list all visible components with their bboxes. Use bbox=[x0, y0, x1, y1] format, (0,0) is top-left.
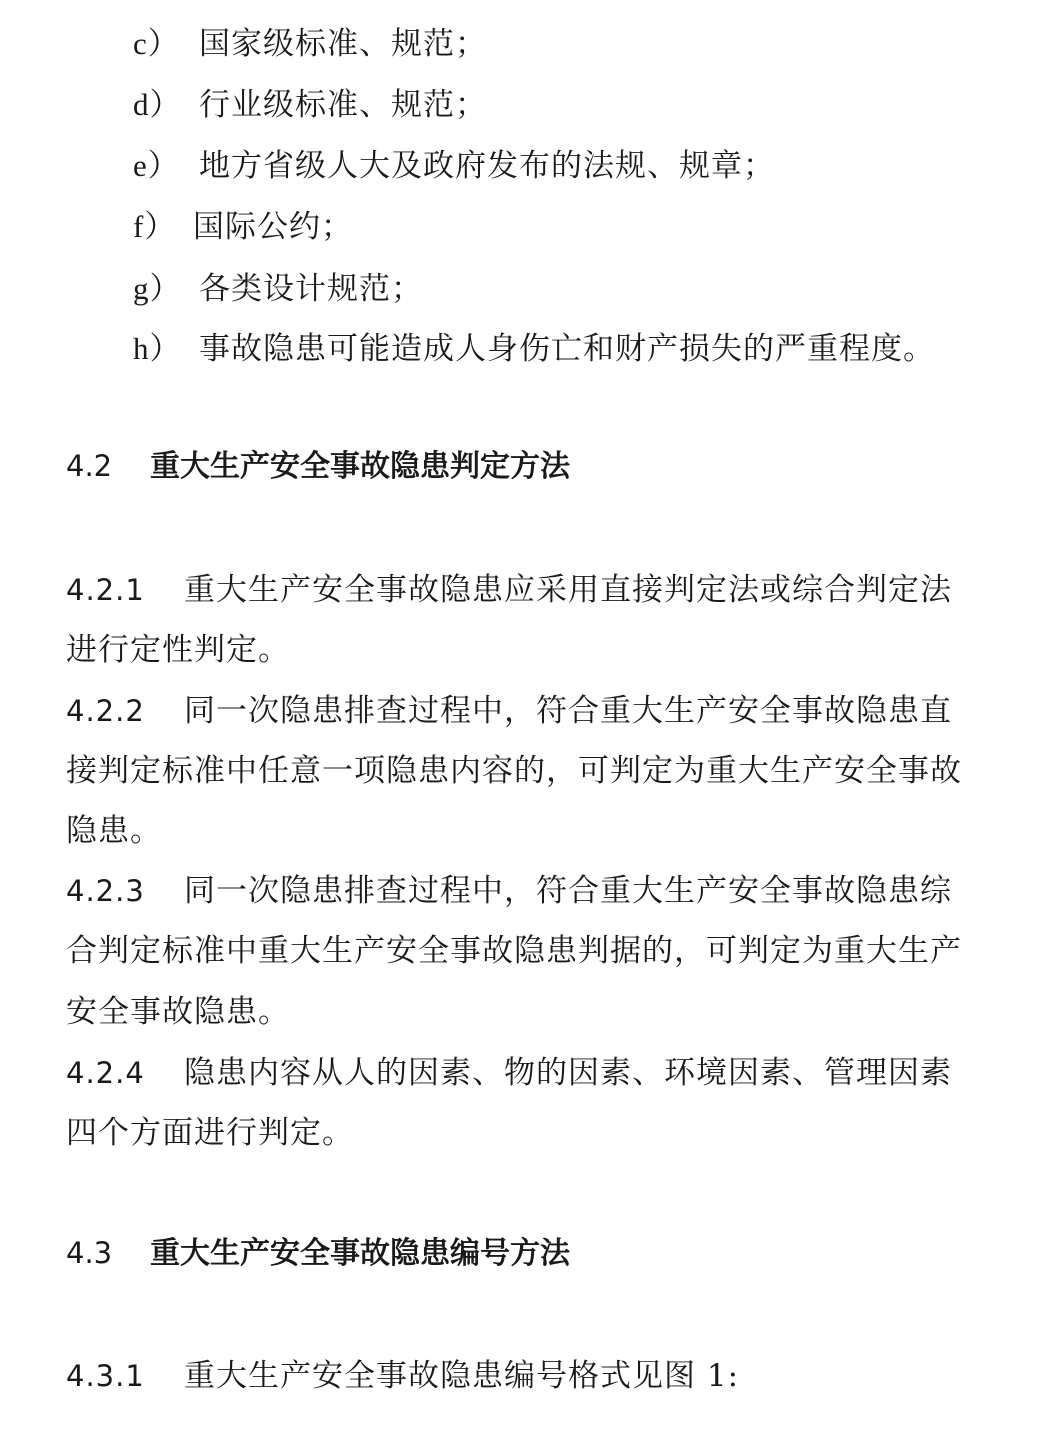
clause-line: 合判定标准中重大生产安全事故隐患判据的，可判定为重大生产 bbox=[66, 936, 962, 967]
clause-text: 接判定标准中任意一项隐患内容的，可判定为重大生产安全事故 bbox=[66, 753, 962, 789]
clause-text: 重大生产安全事故隐患应采用直接判定法或综合判定法 bbox=[184, 572, 952, 608]
clause-number: 4.2.3 bbox=[66, 877, 184, 906]
clause-line: 4.2.1重大生产安全事故隐患应采用直接判定法或综合判定法 bbox=[66, 575, 952, 606]
clause-line: 四个方面进行判定。 bbox=[66, 1118, 354, 1149]
clause-text: 安全事故隐患。 bbox=[66, 994, 290, 1030]
section-number: 4.3 bbox=[66, 1239, 150, 1268]
clause-line: 进行定性判定。 bbox=[66, 635, 290, 666]
list-item: g）各类设计规范； bbox=[133, 273, 423, 305]
list-item: d）行业级标准、规范； bbox=[133, 89, 487, 121]
clause-line: 安全事故隐患。 bbox=[66, 997, 290, 1028]
clause-line: 接判定标准中任意一项隐患内容的，可判定为重大生产安全事故 bbox=[66, 756, 962, 787]
clause-line: 4.3.1重大生产安全事故隐患编号格式见图 1: bbox=[66, 1361, 739, 1392]
clause-line: 隐患。 bbox=[66, 816, 162, 847]
clause-text: 隐患内容从人的因素、物的因素、环境因素、管理因素 bbox=[184, 1055, 952, 1091]
list-item-label: h） bbox=[133, 333, 199, 364]
clause-line: 4.2.4隐患内容从人的因素、物的因素、环境因素、管理因素 bbox=[66, 1058, 952, 1089]
list-item-label: g） bbox=[133, 273, 199, 304]
clause-number: 4.2.4 bbox=[66, 1059, 184, 1088]
clause-text: 同一次隐患排查过程中，符合重大生产安全事故隐患直 bbox=[184, 693, 952, 729]
list-item-label: c） bbox=[133, 28, 199, 59]
clause-text: 进行定性判定。 bbox=[66, 632, 290, 668]
clause-line: 4.2.2同一次隐患排查过程中，符合重大生产安全事故隐患直 bbox=[66, 696, 952, 727]
list-item: f）国际公约； bbox=[133, 211, 353, 243]
clause-number: 4.3.1 bbox=[66, 1362, 184, 1391]
clause-line: 4.2.3同一次隐患排查过程中，符合重大生产安全事故隐患综 bbox=[66, 876, 952, 907]
list-item: c）国家级标准、规范； bbox=[133, 28, 487, 60]
list-item-text: 地方省级人大及政府发布的法规、规章； bbox=[199, 148, 775, 184]
section-heading-4-2: 4.2重大生产安全事故隐患判定方法 bbox=[66, 452, 570, 482]
list-item-text: 各类设计规范； bbox=[199, 271, 423, 307]
clause-text: 合判定标准中重大生产安全事故隐患判据的，可判定为重大生产 bbox=[66, 933, 962, 969]
clause-text: 隐患。 bbox=[66, 813, 162, 849]
clause-text: 同一次隐患排查过程中，符合重大生产安全事故隐患综 bbox=[184, 873, 952, 909]
list-item-text: 事故隐患可能造成人身伤亡和财产损失的严重程度。 bbox=[199, 331, 935, 367]
clause-text: 重大生产安全事故隐患编号格式见图 1: bbox=[184, 1358, 739, 1394]
list-item: h）事故隐患可能造成人身伤亡和财产损失的严重程度。 bbox=[133, 333, 935, 365]
list-item-text: 国家级标准、规范； bbox=[199, 26, 487, 62]
section-number: 4.2 bbox=[66, 452, 150, 481]
list-item-text: 行业级标准、规范； bbox=[199, 87, 487, 123]
list-item-label: f） bbox=[133, 211, 193, 242]
clause-number: 4.2.2 bbox=[66, 697, 184, 726]
clause-number: 4.2.1 bbox=[66, 576, 184, 605]
section-heading-4-3: 4.3重大生产安全事故隐患编号方法 bbox=[66, 1239, 570, 1269]
list-item-text: 国际公约； bbox=[193, 209, 353, 245]
section-title: 重大生产安全事故隐患编号方法 bbox=[150, 1236, 570, 1271]
list-item-label: e） bbox=[133, 150, 199, 181]
list-item: e）地方省级人大及政府发布的法规、规章； bbox=[133, 150, 775, 182]
list-item-label: d） bbox=[133, 89, 199, 120]
clause-text: 四个方面进行判定。 bbox=[66, 1115, 354, 1151]
section-title: 重大生产安全事故隐患判定方法 bbox=[150, 449, 570, 484]
